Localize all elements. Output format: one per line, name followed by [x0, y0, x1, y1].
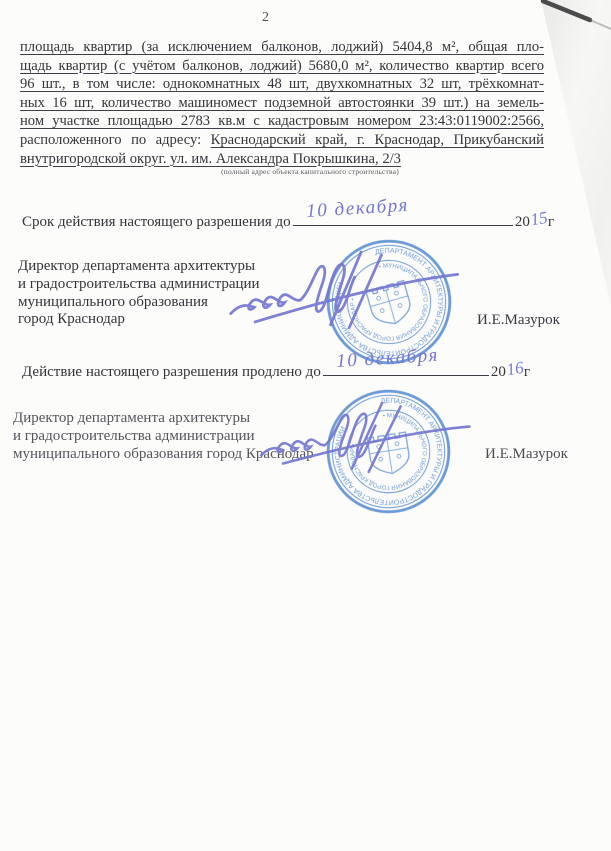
extension-date-blank: 10 декабря — [323, 359, 489, 376]
address-underlined: Краснодарский край, г. Краснодар, Прикуб… — [211, 132, 544, 148]
year-suffix: г — [548, 214, 554, 231]
address-field-caption: (полный адрес объекта капитального строи… — [145, 167, 475, 176]
body-line: ном участке площадью 2783 кв.м с кадастр… — [20, 113, 544, 129]
year-suffix: г — [524, 364, 530, 381]
year-prefix: 20 — [515, 214, 530, 231]
page-corner-fold — [541, 0, 611, 306]
signatory-name: И.Е.Мазурок — [477, 312, 560, 329]
extension-line: Действие настоящего разрешения продлено … — [22, 359, 530, 381]
body-line: 96 шт., в том числе: однокомнатных 48 шт… — [20, 76, 544, 92]
signature — [243, 398, 491, 482]
validity-line: Срок действия настоящего разрешения до 1… — [22, 209, 554, 231]
body-line: ных 16 шт, количество машиномест подземн… — [20, 95, 544, 111]
year-prefix: 20 — [491, 364, 506, 381]
signature — [200, 242, 491, 344]
body-line-prefix: расположенного по адресу: — [20, 132, 211, 148]
handwritten-date: 10 декабря — [305, 195, 409, 223]
validity-label: Срок действия настоящего разрешения до — [22, 214, 291, 231]
extension-label: Действие настоящего разрешения продлено … — [22, 364, 321, 381]
address-underlined: внутригородской округ. ул. им. Александр… — [20, 151, 401, 167]
page-number: 2 — [262, 10, 269, 26]
body-line: щадь квартир (с учётом балконов, лоджий)… — [20, 58, 544, 74]
handwritten-year: 15 — [529, 208, 549, 231]
handwritten-year: 16 — [505, 358, 525, 381]
body-paragraph: площадь квартир (за исключением балконов… — [20, 38, 544, 168]
validity-date-blank: 10 декабря — [293, 209, 513, 226]
signatory-name: И.Е.Мазурок — [485, 446, 568, 463]
body-line: площадь квартир (за исключением балконов… — [20, 39, 544, 55]
scanned-document-page: ДЕПАРТАМЕНТ АРХИТЕКТУРЫ И ГРАДОСТРОИТЕЛЬ… — [0, 0, 611, 851]
